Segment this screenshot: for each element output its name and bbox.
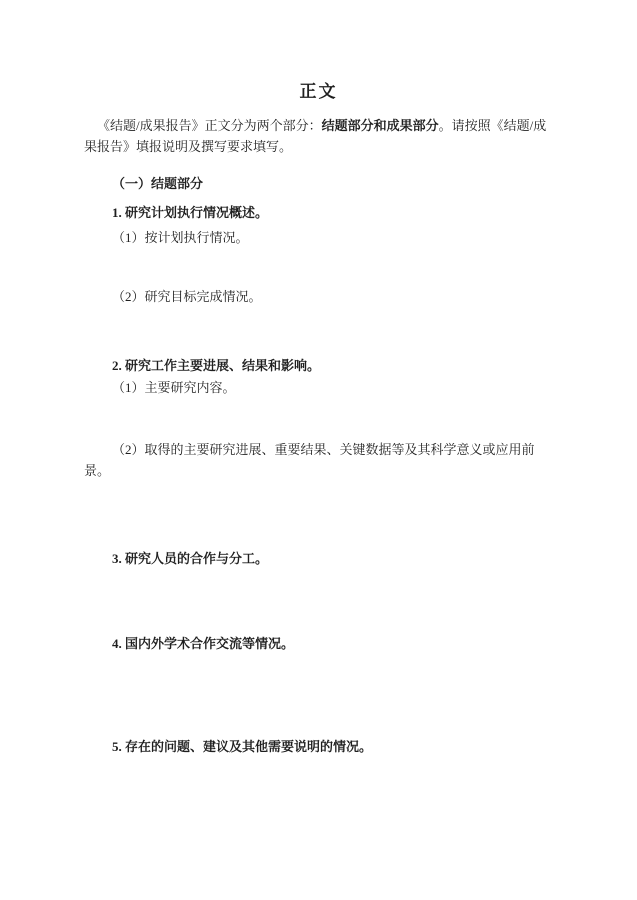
intro-line-1: 《结题/成果报告》正文分为两个部分：结题部分和成果部分。请按照《结题/成 [84, 115, 553, 136]
intro-line-2: 果报告》填报说明及撰写要求填写。 [84, 136, 553, 157]
item-3-label: 3. 研究人员的合作与分工。 [84, 548, 553, 569]
intro-paragraph: 《结题/成果报告》正文分为两个部分：结题部分和成果部分。请按照《结题/成 果报告… [84, 115, 553, 157]
document-title: 正文 [84, 80, 553, 104]
item-2-label: 2. 研究工作主要进展、结果和影响。 [84, 355, 553, 376]
item-1-sub-1: （1）按计划执行情况。 [84, 227, 553, 248]
item-4-label: 4. 国内外学术合作交流等情况。 [84, 633, 553, 654]
item-1-label: 1. 研究计划执行情况概述。 [84, 202, 553, 223]
intro-text-tail: 。请按照《结题/成 [439, 118, 547, 133]
item-2-sub-1: （1）主要研究内容。 [84, 377, 553, 398]
item-2-sub-2-line-1: （2）取得的主要研究进展、重要结果、关键数据等及其科学意义或应用前 [84, 439, 553, 460]
intro-text-emphasis: 结题部分和成果部分 [322, 118, 439, 133]
section-heading: （一）结题部分 [84, 173, 553, 194]
item-5-label: 5. 存在的问题、建议及其他需要说明的情况。 [84, 736, 553, 757]
document-page: 正文 《结题/成果报告》正文分为两个部分：结题部分和成果部分。请按照《结题/成 … [0, 0, 637, 900]
intro-text-lead: 《结题/成果报告》正文分为两个部分： [97, 118, 322, 133]
item-2-sub-2: （2）取得的主要研究进展、重要结果、关键数据等及其科学意义或应用前 景。 [84, 439, 553, 481]
item-1-sub-2: （2）研究目标完成情况。 [84, 286, 553, 307]
item-2-sub-2-line-2: 景。 [84, 460, 553, 481]
